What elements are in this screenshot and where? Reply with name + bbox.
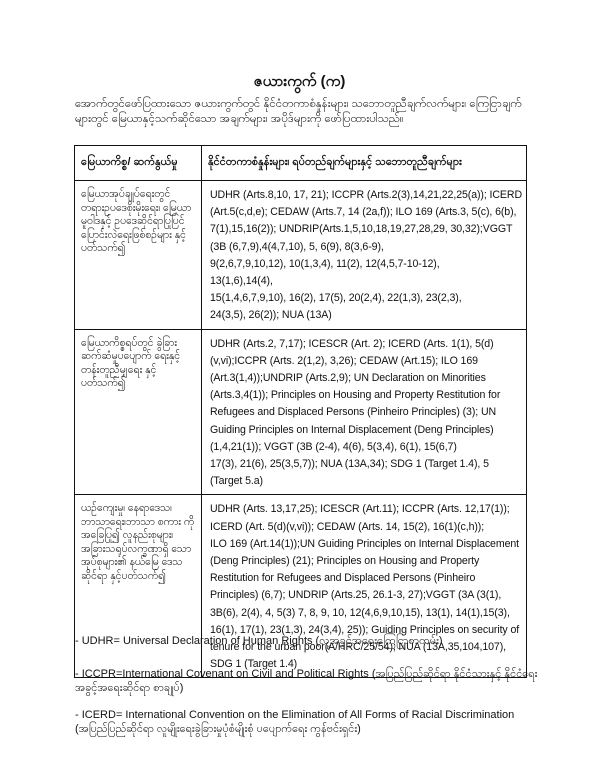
row-topic: ယဉ်ကျေးမှု၊ နေရာဒေသ၊ ဘာသာရေး၊ဘာသာ စကား က… bbox=[75, 495, 202, 678]
row-topic: မြေယာကိစ္စရပ်တွင် ခွဲခြားဆက်ဆံမှုပပျောက်… bbox=[75, 329, 202, 495]
header-topic: မြေယာကိစ္စ/ ဆက်နွယ်မှု bbox=[75, 146, 202, 181]
page-title: ဇယားကွက် (က) bbox=[0, 72, 599, 92]
table-header-row: မြေယာကိစ္စ/ ဆက်နွယ်မှု နိုင်ငံတကာစံနှုန်… bbox=[75, 146, 527, 181]
table-row: ယဉ်ကျေးမှု၊ နေရာဒေသ၊ ဘာသာရေး၊ဘာသာ စကား က… bbox=[75, 495, 527, 678]
row-instruments: UDHR (Arts.8,10, 17, 21); ICCPR (Arts.2(… bbox=[202, 181, 527, 330]
table-row: မြေယာကိစ္စရပ်တွင် ခွဲခြားဆက်ဆံမှုပပျောက်… bbox=[75, 329, 527, 495]
row-instruments: UDHR (Arts. 13,17,25); ICESCR (Art.11); … bbox=[202, 495, 527, 678]
intro-paragraph: အောက်တွင်ဖော်ပြထားသော ဇယားကွက်တွင် နိုင်… bbox=[75, 97, 535, 127]
table-row: မြေယာအုပ်ချုပ်ရေးတွင် တရားဥပဒေစိုးမိုးရေ… bbox=[75, 181, 527, 330]
note-icerd: - ICERD= International Convention on the… bbox=[75, 708, 545, 736]
row-instruments: UDHR (Arts.2, 7,17); ICESCR (Art. 2); IC… bbox=[202, 329, 527, 495]
header-instruments: နိုင်ငံတကာစံနှုန်းများ၊ ရပ်တည်ချက်များနှ… bbox=[202, 146, 527, 181]
standards-table: မြေယာကိစ္စ/ ဆက်နွယ်မှု နိုင်ငံတကာစံနှုန်… bbox=[74, 145, 527, 678]
note-udhr: - UDHR= Universal Declaration of Human R… bbox=[75, 634, 545, 648]
document-page: ဇယားကွက် (က) အောက်တွင်ဖော်ပြထားသော ဇယားက… bbox=[0, 0, 599, 781]
row-topic: မြေယာအုပ်ချုပ်ရေးတွင် တရားဥပဒေစိုးမိုးရေ… bbox=[75, 181, 202, 330]
note-iccpr: - ICCPR=International Covenant on Civil … bbox=[75, 667, 545, 695]
